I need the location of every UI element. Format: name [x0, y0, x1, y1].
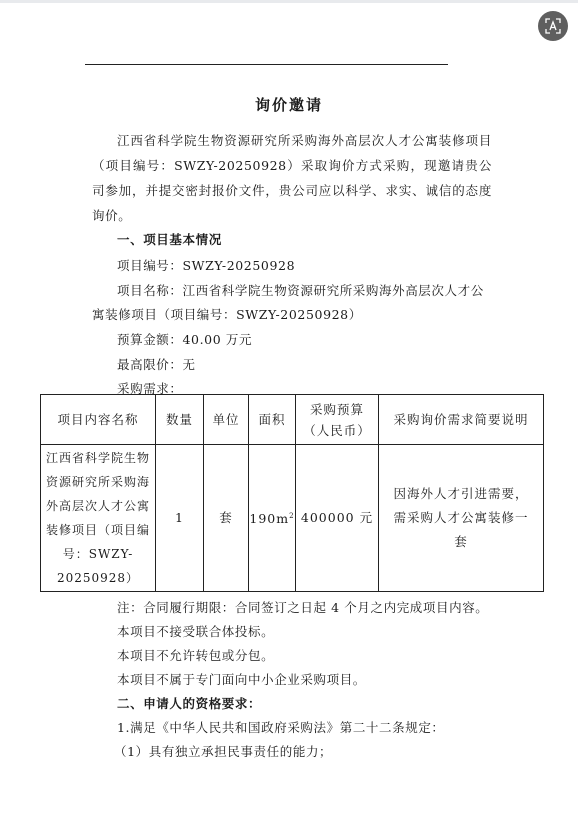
budget-amount: 预算金额：40.00 万元 [117, 330, 252, 348]
cell-unit: 套 [204, 445, 249, 592]
max-price: 最高限价：无 [117, 355, 196, 373]
intro-paragraph: 江西省科学院生物资源研究所采购海外高层次人才公寓装修项目（项目编号：SWZY-2… [92, 128, 492, 228]
requirements-table: 项目内容名称 数量 单位 面积 采购预算 （人民币） 采购询价需求简要说明 江西… [40, 394, 544, 592]
section1-heading: 一、项目基本情况 [117, 230, 222, 248]
header-quantity: 数量 [156, 395, 204, 445]
table-header-row: 项目内容名称 数量 单位 面积 采购预算 （人民币） 采购询价需求简要说明 [41, 395, 544, 445]
qualification-item-1: 1.满足《中华人民共和国政府采购法》第二十二条规定： [117, 718, 445, 736]
header-area: 面积 [249, 395, 296, 445]
note-no-subcontract: 本项目不允许转包或分包。 [117, 646, 274, 664]
section2-heading: 二、申请人的资格要求： [117, 694, 261, 712]
header-description: 采购询价需求简要说明 [379, 395, 544, 445]
header-budget-line1: 采购预算 [310, 402, 364, 417]
cell-area: 190m2 [249, 445, 296, 592]
header-budget: 采购预算 （人民币） [296, 395, 379, 445]
note-no-consortium: 本项目不接受联合体投标。 [117, 622, 274, 640]
document-title: 询价邀请 [0, 94, 578, 115]
cell-quantity: 1 [156, 445, 204, 592]
note-not-sme: 本项目不属于专门面向中小企业采购项目。 [117, 670, 366, 688]
header-unit: 单位 [204, 395, 249, 445]
translate-icon [544, 17, 562, 35]
table-row: 江西省科学院生物资源研究所采购海外高层次人才公寓装修项目（项目编号：SWZY-2… [41, 445, 544, 592]
cell-description: 因海外人才引进需要，需采购人才公寓装修一套 [379, 445, 544, 592]
cell-item-name: 江西省科学院生物资源研究所采购海外高层次人才公寓装修项目（项目编号：SWZY-2… [41, 445, 156, 592]
project-name-line1: 项目名称：江西省科学院生物资源研究所采购海外高层次人才公 [117, 281, 484, 299]
area-value: 190m [249, 512, 289, 527]
project-name-line2: 寓装修项目（项目编号：SWZY-20250928） [92, 305, 362, 323]
header-item-name: 项目内容名称 [41, 395, 156, 445]
header-budget-line2: （人民币） [303, 423, 371, 438]
cell-budget: 400000 元 [296, 445, 379, 592]
header-rule [85, 64, 448, 65]
qualification-item-1-1: （1）具有独立承担民事责任的能力； [114, 742, 332, 760]
project-number: 项目编号：SWZY-20250928 [117, 256, 295, 274]
translate-button[interactable] [538, 11, 568, 41]
viewer-top-bar [0, 0, 578, 3]
area-superscript: 2 [289, 512, 294, 520]
note-contract-period: 注：合同履行期限：合同签订之日起 4 个月之内完成项目内容。 [117, 598, 488, 616]
